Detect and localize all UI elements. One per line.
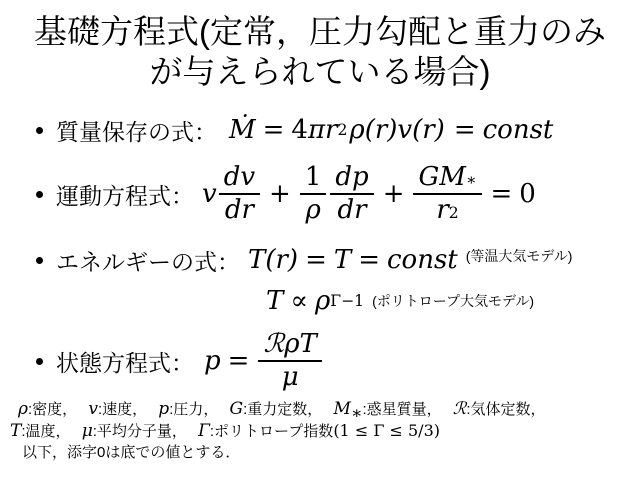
energy-label: エネルギーの式： [56, 244, 240, 277]
const-term: const [483, 115, 554, 145]
radius-symbol: r [436, 196, 448, 225]
bullet-icon [36, 127, 43, 134]
isothermal-model-note: (等温大気モデル) [466, 246, 573, 266]
state-fraction: ℛρT μ [258, 330, 321, 392]
slide: 基礎方程式(定常，圧力勾配と重力のみ が与えられている場合) 質量保存の式： Ṁ… [0, 0, 640, 480]
momentum-label: 運動方程式： [56, 178, 194, 211]
bullet-mass-conservation: 質量保存の式： Ṁ = 4 πr 2 ρ(r)v(r) = const [36, 110, 553, 150]
dp-dr-fraction: dp dr [330, 163, 373, 225]
equals-sign: = [454, 115, 476, 145]
state-equation: p = ℛρT μ [204, 330, 324, 392]
p-symbol: p [158, 399, 169, 419]
equals-sign: = [358, 245, 380, 275]
rho-symbol: ρ [18, 399, 28, 419]
density-symbol: ρ [315, 286, 330, 316]
energy-equation: T(r) = T = const [248, 245, 458, 275]
state-label: 状態方程式： [56, 345, 194, 378]
pressure-symbol: p [204, 346, 221, 376]
bullet-equation-of-state: 状態方程式： p = ℛρT μ [36, 331, 324, 391]
temperature-symbol: T [266, 286, 283, 316]
plus-sign: + [269, 179, 291, 209]
gamma-symbol: Γ [198, 421, 210, 441]
T-of-r-term: T(r) [248, 245, 298, 275]
definitions-line3: 以下，添字0は底での値とする． [10, 442, 636, 463]
definitions-line1: ρ:密度， v:速度， p:圧力， G:重力定数， M∗:惑星質量， ℛ:気体定… [10, 399, 636, 420]
bullet-icon [36, 358, 43, 365]
G-symbol: G [230, 399, 244, 419]
mass-label: 質量保存の式： [56, 114, 217, 147]
equals-sign: = [228, 346, 250, 376]
bullet-icon [36, 191, 43, 198]
bullet-icon [36, 257, 43, 264]
const-term: const [387, 245, 458, 275]
T-symbol: T [10, 421, 21, 441]
coefficient: 4 [291, 115, 308, 145]
pi-r-term: πr [308, 115, 338, 145]
dv-dr-fraction: dv dr [219, 163, 260, 225]
definitions-line2: T:温度， μ:平均分子量， Γ:ポリトロープ指数(1 ≤ Γ ≤ 5/3) [10, 420, 636, 442]
temperature-symbol: T [334, 245, 351, 275]
mdot-symbol: Ṁ [229, 115, 256, 145]
gravity-fraction: GM∗ r2 [413, 163, 481, 225]
zero-term: 0 [519, 179, 536, 209]
bullet-energy-equation: エネルギーの式： T(r) = T = const (等温大気モデル) [36, 241, 572, 279]
one-over-rho-fraction: 1 ρ [300, 163, 327, 225]
gas-constant-symbol: ℛ [453, 399, 467, 419]
polytrope-equation: T ∝ ρ Γ−1 [266, 286, 364, 316]
bullet-equation-of-motion: 運動方程式： v dv dr + 1 ρ dp dr + GM∗ r2 = 0 [36, 162, 536, 226]
gamma-range: (1 ≤ Γ ≤ 5/3) [333, 421, 440, 440]
plus-sign: + [383, 179, 405, 209]
v-symbol: v [88, 399, 98, 419]
M-star-symbol: M [333, 399, 350, 419]
GM-term: GM [418, 163, 465, 192]
velocity-symbol: v [202, 179, 217, 209]
polytrope-row: T ∝ ρ Γ−1 (ポリトロープ大気モデル) [266, 283, 534, 319]
symbol-definitions: ρ:密度， v:速度， p:圧力， G:重力定数， M∗:惑星質量， ℛ:気体定… [10, 399, 636, 463]
mu-symbol: μ [82, 421, 93, 441]
mass-equation: Ṁ = 4 πr 2 ρ(r)v(r) = const [229, 115, 553, 145]
slide-title-line1: 基礎方程式(定常，圧力勾配と重力のみ [0, 12, 640, 52]
equals-sign: = [491, 179, 513, 209]
equals-sign: = [263, 115, 285, 145]
slide-title-line2: が与えられている場合) [0, 52, 640, 92]
proportional-sign: ∝ [290, 286, 308, 316]
rho-v-term: ρ(r)v(r) [349, 115, 444, 145]
slide-title: 基礎方程式(定常，圧力勾配と重力のみ が与えられている場合) [0, 12, 640, 93]
momentum-equation: v dv dr + 1 ρ dp dr + GM∗ r2 = 0 [202, 163, 536, 225]
polytrope-model-note: (ポリトロープ大気モデル) [372, 291, 534, 311]
equals-sign: = [305, 245, 327, 275]
